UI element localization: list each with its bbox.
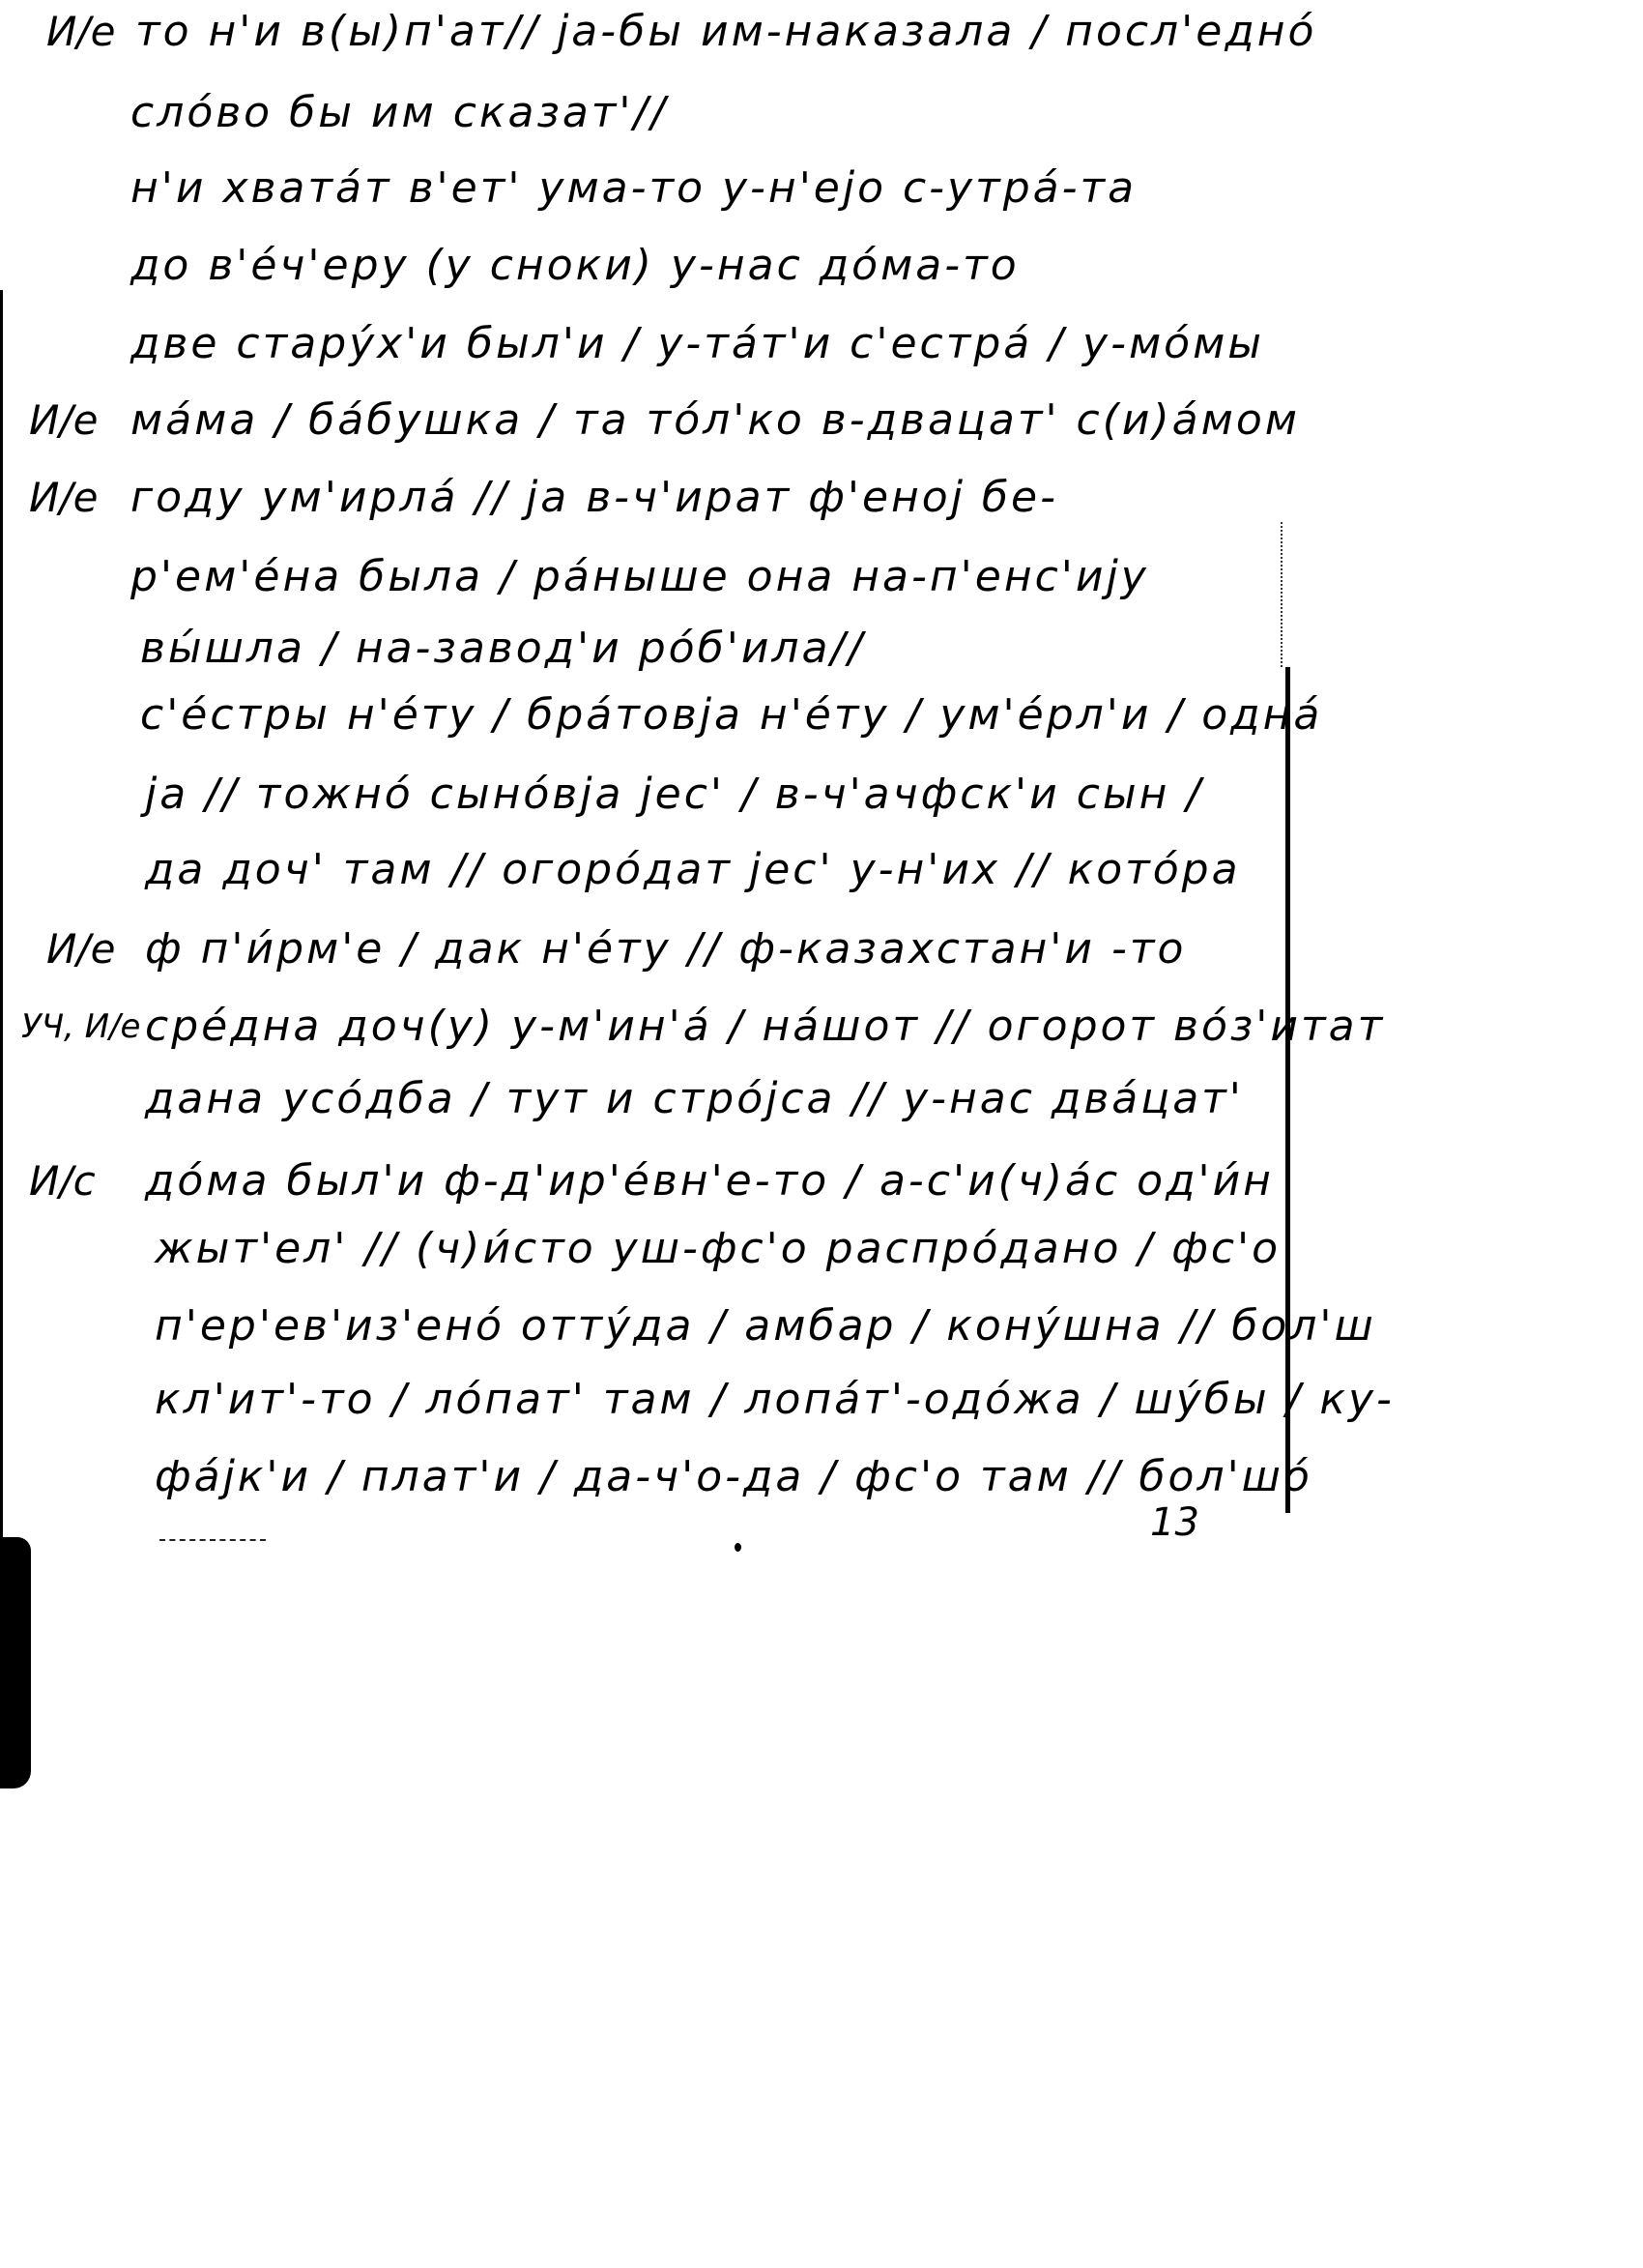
transcript-line: вы́шла / на-завод'и ро́б'ила// — [140, 620, 865, 678]
document-page: И/е то н'и в(ы)п'ат// ја-бы им-наказала … — [0, 0, 1643, 2268]
transcript-line: году ум'ирла́ // ја в-ч'ират ф'еној бе- — [130, 469, 1058, 527]
footer-dash — [159, 1539, 266, 1543]
speaker-label: И/е — [46, 920, 115, 978]
scan-smudge — [0, 1537, 31, 1788]
transcript-line: жыт'ел' // (ч)и́сто уш-фс'о распро́дано … — [155, 1220, 1281, 1278]
transcript-line: р'ем'е́на была / ра́ныше она на-п'енс'иј… — [130, 548, 1149, 606]
transcript-line: ф п'и́рм'е / дак н'е́ту // ф-казахстан'и… — [145, 920, 1186, 978]
transcript-line: то н'и в(ы)п'ат// ја-бы им-наказала / по… — [135, 3, 1316, 61]
transcript-line: фа́јк'и / плат'и / да-ч'о-да / фс'о там … — [155, 1448, 1312, 1506]
ink-dot — [735, 1543, 741, 1552]
transcript-line: с'е́стры н'е́ту / бра́товја н'е́ту / ум'… — [140, 686, 1322, 744]
margin-rule-dotted — [1281, 522, 1284, 667]
speaker-label: И/е — [29, 392, 98, 450]
speaker-label: УЧ, И/е — [21, 998, 140, 1056]
scan-left-edge — [0, 290, 3, 1595]
transcript-line: до в'е́ч'еру (у сноки) у-нас до́ма-то — [130, 237, 1020, 295]
transcript-line: сре́дна доч(у) у-м'ин'а́ / на́шот // ого… — [145, 998, 1385, 1056]
transcript-line: кл'ит'-то / ло́пат' там / лопа́т'-одо́жа… — [155, 1371, 1395, 1429]
transcript-line: до́ма был'и ф-д'ир'е́вн'е-то / а-с'и(ч)а… — [145, 1152, 1274, 1210]
speaker-label: И/е — [46, 3, 115, 61]
speaker-label: И/е — [29, 469, 98, 527]
transcript-line: две стару́х'и был'и / у-та́т'и с'естра́ … — [130, 315, 1264, 373]
transcript-line: ма́ма / ба́бушка / та то́л'ко в-двацат' … — [130, 392, 1300, 450]
transcript-line: ја // тожно́ сыно́вја јес' / в-ч'ачфск'и… — [145, 766, 1203, 824]
transcript-line: дана усо́дба / тут и стро́јса // у-нас д… — [145, 1070, 1244, 1128]
transcript-line: п'ер'ев'из'ено́ отту́да / амбар / кону́ш… — [155, 1297, 1376, 1355]
transcript-line: сло́во бы им сказат'// — [130, 84, 668, 142]
transcript-line: н'и хвата́т в'ет' ума-то у-н'ејо с-утра́… — [130, 160, 1137, 218]
transcript-line: да доч' там // огоро́дат јес' у-н'их // … — [145, 841, 1241, 899]
speaker-label: И/с — [29, 1152, 96, 1210]
page-number: 13 — [1150, 1498, 1199, 1547]
